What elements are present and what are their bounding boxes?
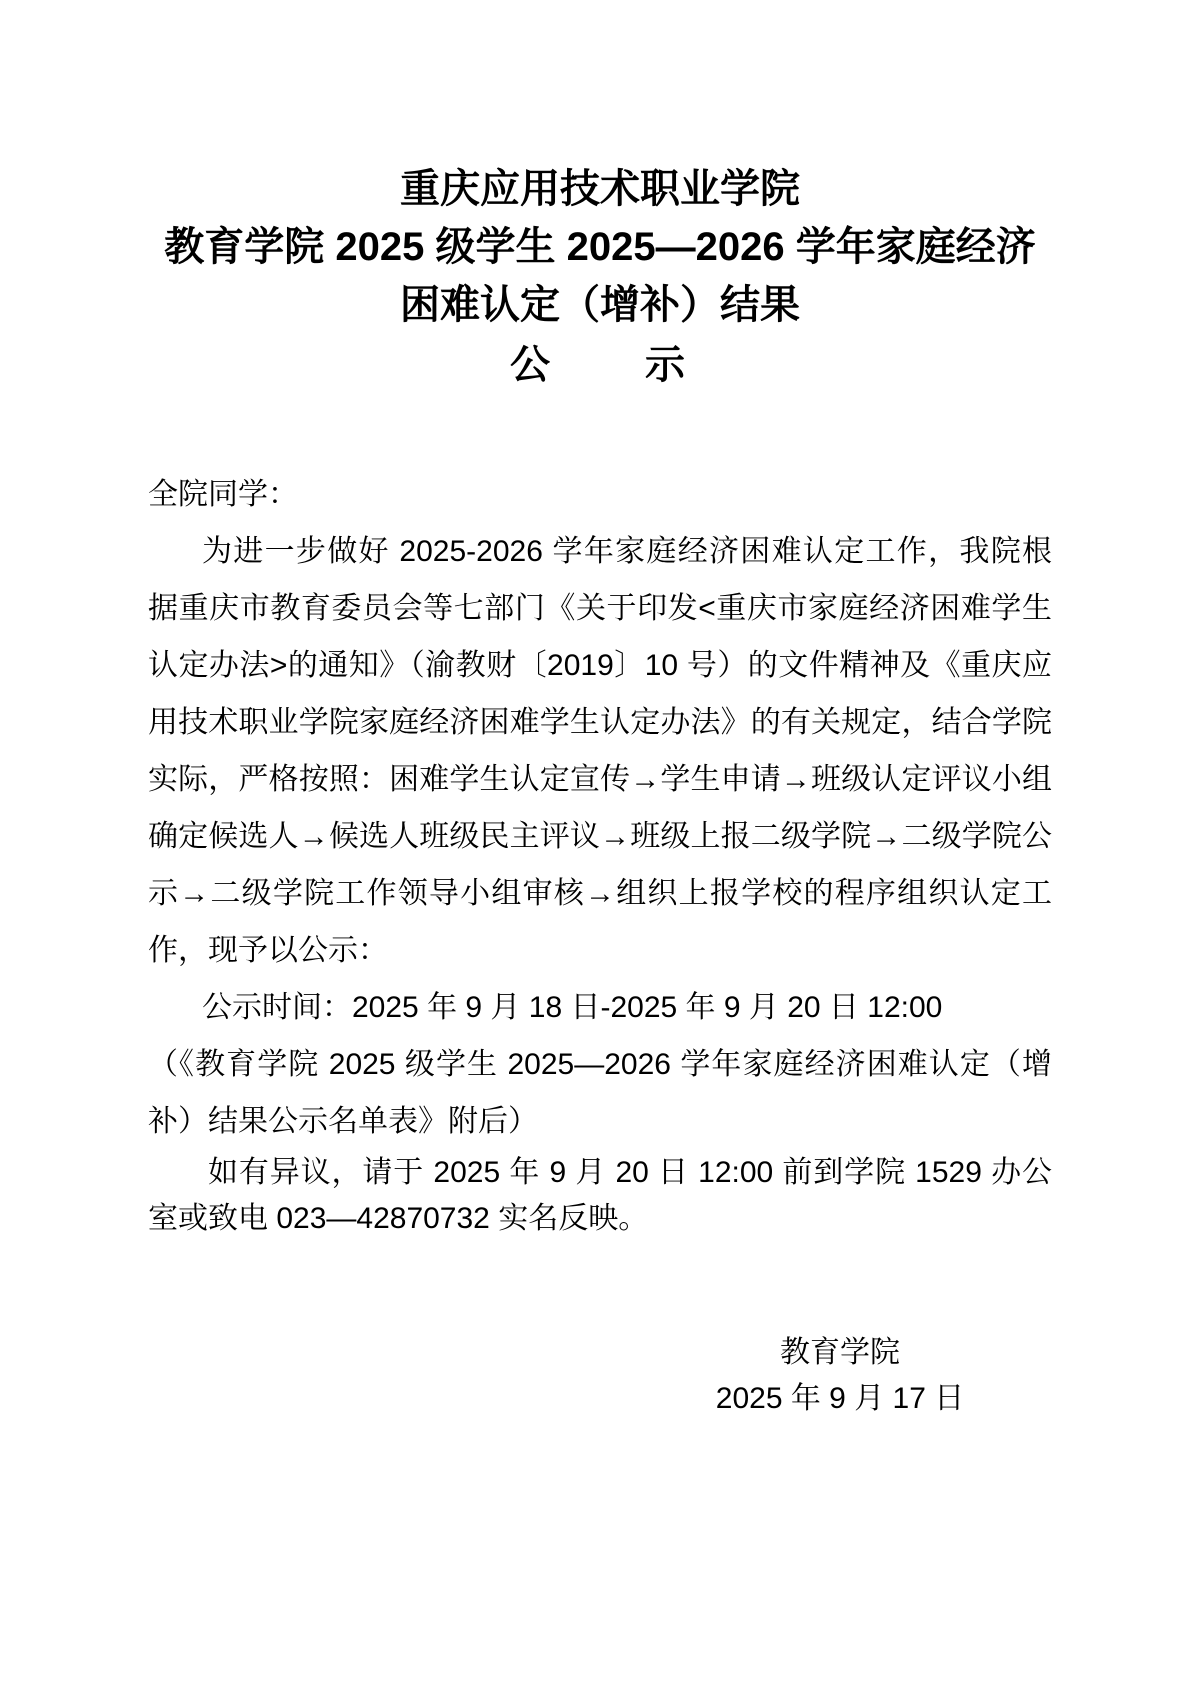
document-body: 全院同学： 为进一步做好 2025-2026 学年家庭经济困难认定工作，我院根据…	[148, 466, 1052, 1242]
signature-date: 2025 年 9 月 17 日	[670, 1376, 1010, 1422]
paragraph-objection-contact: 如有异议，请于 2025 年 9 月 20 日 12:00 前到学院 1529 …	[148, 1150, 1052, 1242]
title-subject: 教育学院 2025 级学生 2025—2026 学年家庭经济困难认定（增补）结果	[148, 218, 1052, 334]
title-notice-type: 公 示	[148, 336, 1052, 394]
paragraph-publicity-time: 公示时间：2025 年 9 月 18 日-2025 年 9 月 20 日 12:…	[148, 979, 1052, 1036]
paragraph-main-policy: 为进一步做好 2025-2026 学年家庭经济困难认定工作，我院根据重庆市教育委…	[148, 523, 1052, 979]
signature-block: 教育学院 2025 年 9 月 17 日	[670, 1330, 1010, 1422]
title-school-name: 重庆应用技术职业学院	[148, 160, 1052, 218]
document-page: 重庆应用技术职业学院 教育学院 2025 级学生 2025—2026 学年家庭经…	[0, 0, 1191, 1684]
document-title: 重庆应用技术职业学院 教育学院 2025 级学生 2025—2026 学年家庭经…	[148, 160, 1052, 394]
paragraph-attachment-note: （《教育学院 2025 级学生 2025—2026 学年家庭经济困难认定（增补）…	[148, 1036, 1052, 1150]
salutation: 全院同学：	[148, 466, 1052, 523]
signature-issuer: 教育学院	[670, 1330, 1010, 1376]
